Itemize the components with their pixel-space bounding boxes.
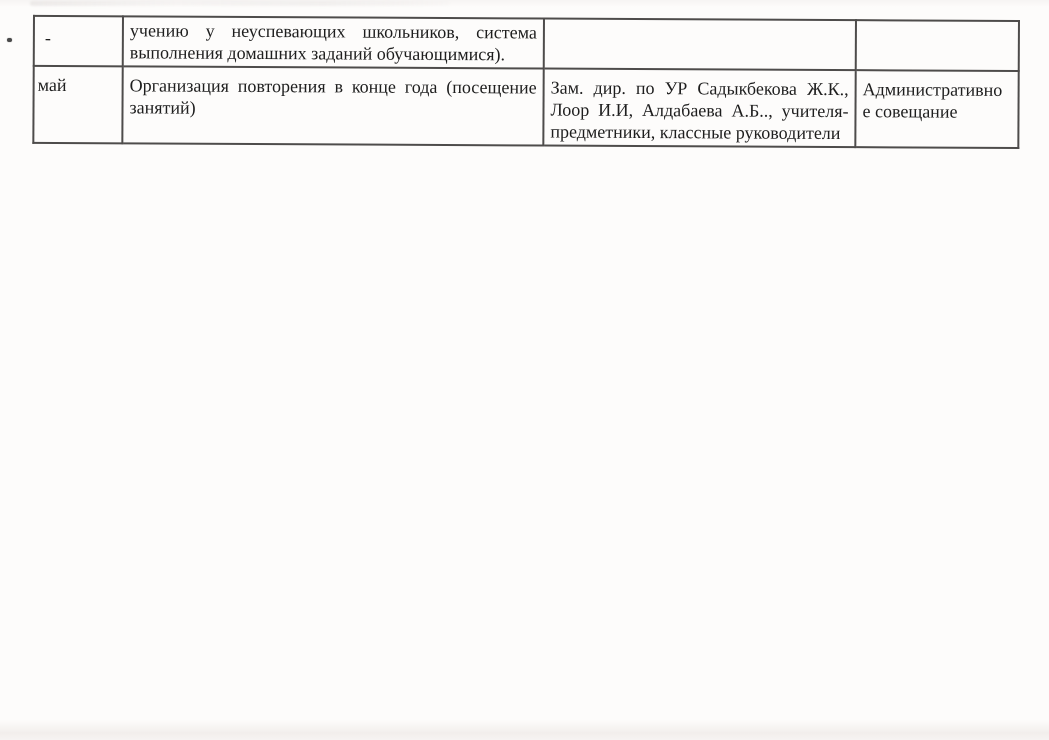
cell-month: май — [33, 66, 122, 143]
table-tilt-wrapper: - учению у неуспевающих школьников, сист… — [32, 15, 1020, 149]
cell-activity: Организация повторения в конце года (пос… — [122, 66, 543, 145]
cell-responsible-empty — [544, 19, 856, 71]
responsible-text-line: Зам. дир. по УР Садыкбекова Ж.К., — [551, 77, 849, 101]
cell-outcome: Административно е совещание — [855, 70, 1018, 148]
activity-text-line: учению у неуспевающих школьников, систем… — [130, 19, 537, 43]
cell-activity: учению у неуспевающих школьников, систем… — [123, 16, 544, 68]
activity-text-line: Организация повторения в конце года (пос… — [130, 74, 537, 98]
stray-ink-dot — [7, 38, 12, 42]
table-row: - учению у неуспевающих школьников, сист… — [34, 16, 1019, 71]
activity-text-line: занятий) — [129, 96, 536, 120]
scan-edge-smudge — [30, 1, 450, 6]
responsible-text-line: Лоор И.И, Алдабаева А.Б.., учителя- — [550, 99, 848, 123]
cell-responsible: Зам. дир. по УР Садыкбекова Ж.К., Лоор И… — [543, 69, 855, 148]
month-label: - — [45, 27, 116, 49]
cell-outcome-empty — [856, 20, 1019, 71]
month-label: май — [38, 74, 116, 96]
plan-table: - учению у неуспевающих школьников, сист… — [32, 15, 1020, 149]
cell-month: - — [34, 16, 123, 66]
activity-text-line: выполнения домашних заданий обучающимися… — [130, 41, 537, 65]
table-row: май Организация повторения в конце года … — [33, 66, 1018, 148]
outcome-text-line: е совещание — [862, 100, 1011, 123]
outcome-text-line: Административно — [863, 78, 1012, 101]
scanned-page: - учению у неуспевающих школьников, сист… — [0, 0, 1049, 740]
responsible-text-line: предметники, классные руководители — [550, 121, 848, 145]
